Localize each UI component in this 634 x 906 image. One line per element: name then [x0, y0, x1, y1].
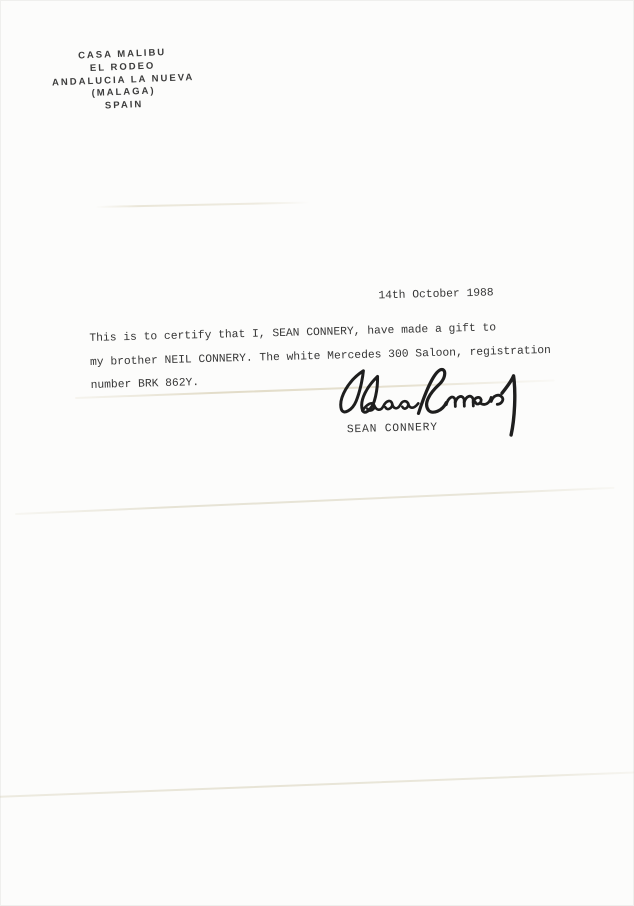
paper-crease-middle [15, 487, 615, 515]
paper-crease-top [95, 201, 310, 208]
letter-document: CASA MALIBU EL RODEO ANDALUCIA LA NUEVA … [0, 0, 634, 906]
typed-signature-name: SEAN CONNERY [347, 422, 438, 436]
letterhead: CASA MALIBU EL RODEO ANDALUCIA LA NUEVA … [38, 46, 208, 116]
letter-content: 14th October 1988 This is to certify tha… [88, 271, 583, 464]
paper-crease-bottom [0, 771, 634, 798]
letter-date: 14th October 1988 [378, 287, 494, 302]
